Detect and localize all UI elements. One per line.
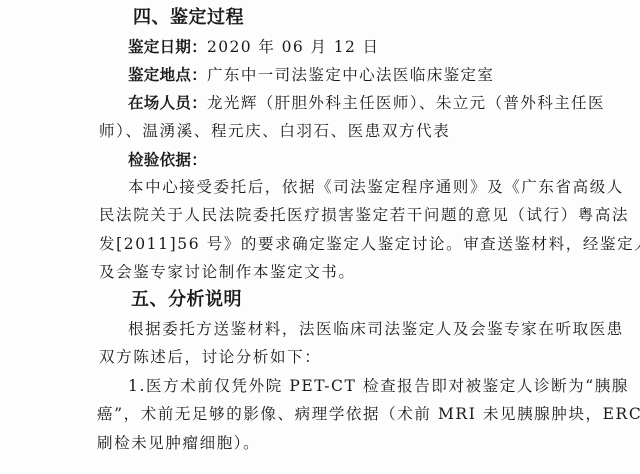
inspection-basis-label: 检验依据： [128, 150, 207, 170]
attendees-value-line-2: 师）、温湧溪、程元庆、白羽石、医患双方代表 [99, 121, 450, 141]
attendees-row: 在场人员：龙光辉（肝胆外科主任医师）、朱立元（普外科主任医 [128, 93, 605, 113]
analysis-item-1-line-3: 刷检未见肿瘤细胞）。 [97, 433, 260, 453]
analysis-item-1-line-2: 癌”，术前无足够的影像、病理学依据（术前 MRI 未见胰腺肿块，ERCP [97, 404, 640, 424]
analysis-intro-line-2: 双方陈述后，讨论分析如下： [99, 347, 321, 367]
attendees-value-line-1: 龙光辉（肝胆外科主任医师）、朱立元（普外科主任医 [207, 94, 605, 112]
appraisal-date-row: 鉴定日期：2020 年 06 月 12 日 [128, 37, 379, 57]
basis-paragraph-line-2: 民法院关于人民法院委托医疗损害鉴定若干问题的意见（试行）粤高法 [99, 205, 629, 225]
appraisal-place-value: 广东中一司法鉴定中心法医临床鉴定室 [207, 66, 494, 84]
section-4-heading: 四、鉴定过程 [133, 8, 244, 28]
appraisal-date-label: 鉴定日期： [128, 38, 207, 56]
appraisal-place-label: 鉴定地点： [128, 66, 207, 84]
basis-paragraph-line-4: 及会鉴专家讨论制作本鉴定文书。 [99, 262, 356, 282]
document-page: 四、鉴定过程 鉴定日期：2020 年 06 月 12 日 鉴定地点：广东中一司法… [0, 0, 640, 474]
attendees-label: 在场人员： [128, 94, 207, 112]
basis-paragraph-line-3: 发[2011]56 号》的要求确定鉴定人鉴定讨论。审查送鉴材料，经鉴定人 [99, 234, 640, 254]
basis-paragraph-line-1: 本中心接受委托后，依据《司法鉴定程序通则》及《广东省高级人 [128, 177, 624, 197]
analysis-item-1-line-1: 1.医方术前仅凭外院 PET-CT 检查报告即对被鉴定人诊断为“胰腺 [128, 376, 629, 396]
analysis-intro-line-1: 根据委托方送鉴材料，法医临床司法鉴定人及会鉴专家在听取医患 [128, 319, 624, 339]
appraisal-place-row: 鉴定地点：广东中一司法鉴定中心法医临床鉴定室 [128, 65, 494, 85]
section-5-heading: 五、分析说明 [131, 290, 242, 310]
appraisal-date-value: 2020 年 06 月 12 日 [207, 38, 379, 56]
